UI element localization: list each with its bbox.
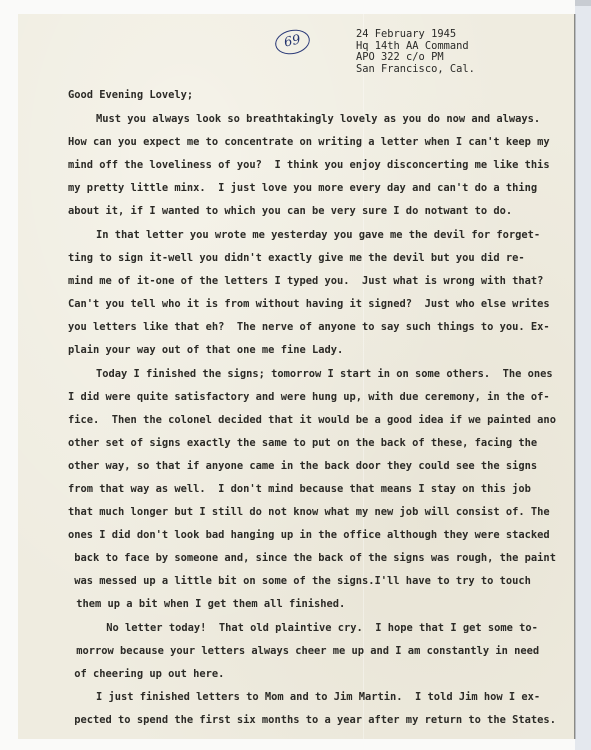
body-line: about it, if I wanted to which you can b…	[68, 204, 512, 218]
body-line: them up a bit when I get them all finish…	[70, 597, 345, 611]
scanner-edge-strip-top	[575, 0, 591, 6]
body-line: ones I did don't look bad hanging up in …	[68, 528, 550, 542]
body-line: I did were quite satisfactory and were h…	[68, 390, 550, 404]
scanner-edge-strip	[575, 0, 591, 750]
body-line: ting to sign it-well you didn't exactly …	[68, 251, 525, 265]
body-line: Can't you tell who it is from without ha…	[68, 297, 550, 311]
body-line: other set of signs exactly the same to p…	[68, 436, 537, 450]
body-line: Today I finished the signs; tomorrow I s…	[96, 367, 553, 381]
body-line: fice. Then the colonel decided that it w…	[68, 413, 556, 427]
body-line: mind me of it-one of the letters I typed…	[68, 274, 543, 288]
body-line: from that way as well. I don't mind beca…	[68, 482, 531, 496]
body-line: morrow because your letters always cheer…	[70, 644, 539, 658]
body-line: pected to spend the first six months to …	[68, 713, 556, 727]
body-line: was messed up a little bit on some of th…	[68, 574, 531, 588]
body-line: plain your way out of that one me fine L…	[68, 343, 343, 357]
header-date: 24 February 1945	[356, 29, 475, 41]
body-line: How can you expect me to concentrate on …	[68, 135, 550, 149]
salutation: Good Evening Lovely;	[68, 88, 193, 102]
body-line: back to face by someone and, since the b…	[68, 551, 556, 565]
header-city: San Francisco, Cal.	[356, 64, 475, 76]
body-line: of cheering up out here.	[68, 667, 224, 681]
body-line: I just finished letters to Mom and to Ji…	[96, 690, 540, 704]
body-line: Must you always look so breathtakingly l…	[96, 112, 540, 126]
letter-header: 24 February 1945 Hq 14th AA Command APO …	[356, 29, 475, 76]
body-line: mind off the loveliness of you? I think …	[68, 158, 550, 172]
body-line: you letters like that eh? The nerve of a…	[68, 320, 550, 334]
body-line: In that letter you wrote me yesterday yo…	[96, 228, 540, 242]
body-line: other way, so that if anyone came in the…	[68, 459, 537, 473]
scanned-letter: 69 24 February 1945 Hq 14th AA Command A…	[0, 0, 591, 750]
body-line: No letter today! That old plaintive cry.…	[100, 621, 538, 635]
body-line: that much longer but I still do not know…	[68, 505, 550, 519]
body-line: my pretty little minx. I just love you m…	[68, 181, 537, 195]
